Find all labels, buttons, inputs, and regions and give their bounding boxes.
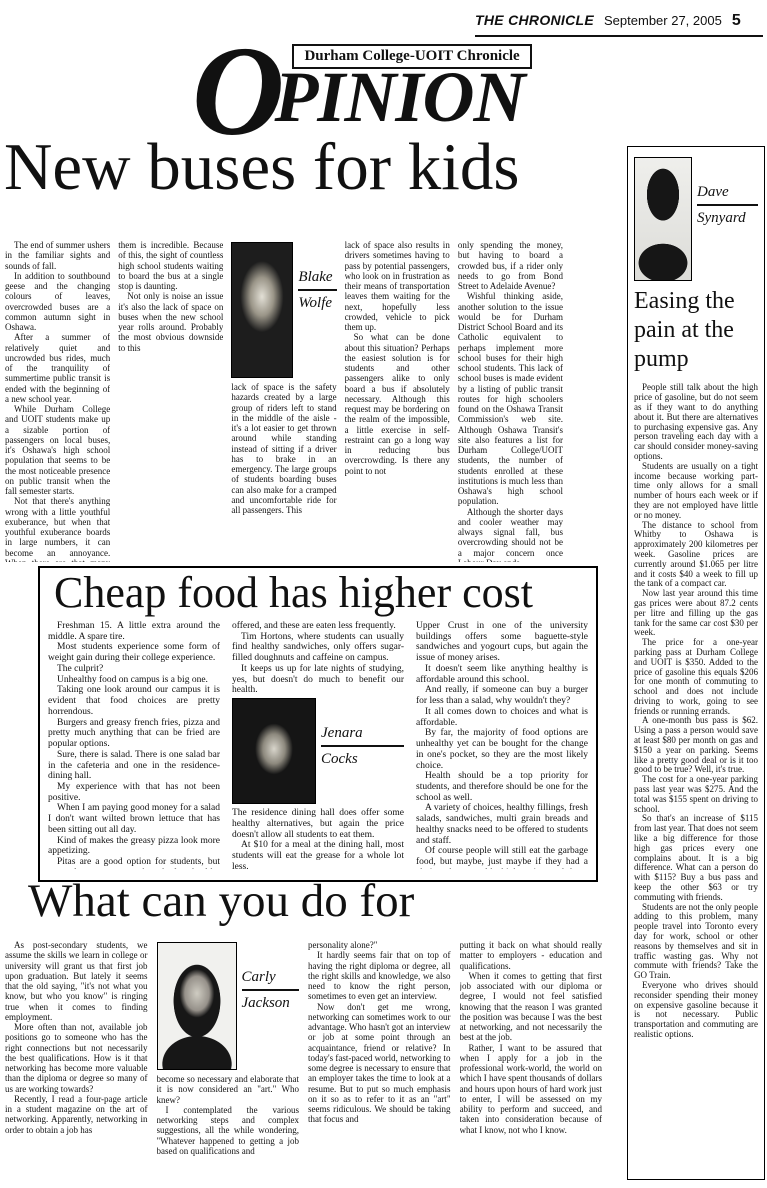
paragraph: The culprit? (48, 664, 220, 675)
paragraph: So what can be done about this situation… (345, 332, 450, 476)
networking-photo-block: Carly Jackson (157, 942, 300, 1070)
paragraph: My experience with that has not been pos… (48, 782, 220, 803)
paragraph: The cost for a one-year parking pass las… (634, 775, 758, 814)
paragraph: become so necessary and elaborate that i… (157, 1074, 300, 1105)
networking-column-2-text: become so necessary and elaborate that i… (157, 1074, 300, 1156)
paragraph: Burgers and greasy french fries, pizza a… (48, 718, 220, 750)
paragraph: Students are usually on a tight income b… (634, 462, 758, 521)
paragraph: So that's an increase of $115 from last … (634, 814, 758, 902)
gas-photo-block: Dave Synyard (634, 157, 758, 281)
section-title-rest: PINION (274, 65, 531, 130)
paragraph: Most students experience some form of we… (48, 642, 220, 663)
paragraph: While Durham College and UOIT students m… (5, 404, 110, 496)
byline-last-name: Synyard (697, 206, 758, 227)
networking-column-3: personality alone?"It hardly seems fair … (308, 940, 451, 1182)
byline-first-name: Carly (242, 968, 300, 991)
paragraph: As post-secondary students, we assume th… (5, 940, 148, 1022)
page-number: 5 (732, 12, 741, 30)
buses-column-5: only spending the money, but having to b… (458, 240, 563, 562)
paragraph: Sure, there is salad. There is one salad… (48, 750, 220, 782)
buses-column-3-text: lack of space is the safety hazards crea… (231, 382, 336, 515)
byline-jenara-cocks: Jenara Cocks (321, 698, 404, 804)
gas-article-text: People still talk about the high price o… (634, 383, 758, 1039)
byline-dave-synyard: Dave Synyard (697, 157, 758, 281)
paragraph: Now last year around this time gas price… (634, 589, 758, 638)
headline-buses-article: New buses for kids (4, 134, 519, 201)
paragraph: Upper Crust in one of the university bui… (416, 621, 588, 664)
byline-first-name: Dave (697, 183, 758, 206)
paragraph: When it comes to getting that first job … (460, 971, 603, 1043)
paragraph: At $10 for a meal at the dining hall, mo… (232, 840, 404, 869)
paragraph: It keeps us up for late nights of studyi… (232, 664, 404, 696)
food-column-2-top-text: offered, and these are eaten less freque… (232, 621, 404, 696)
paragraph: personality alone?" (308, 940, 451, 950)
paragraph: And really, if someone can buy a burger … (416, 685, 588, 706)
issue-date: September 27, 2005 (604, 13, 722, 28)
paragraph: Not that there's anything wrong with a l… (5, 496, 110, 562)
paragraph: Pitas are a good option for students, bu… (48, 857, 220, 869)
paragraph: The residence dining hall does offer som… (232, 808, 404, 840)
networking-column-2: Carly Jackson become so necessary and el… (157, 940, 300, 1182)
byline-last-name: Jackson (242, 991, 300, 1012)
carly-jackson-headshot-photo (157, 942, 237, 1070)
paragraph: offered, and these are eaten less freque… (232, 621, 404, 632)
paragraph: Recently, I read a four-page article in … (5, 1094, 148, 1135)
paragraph: After a summer of relatively quiet and u… (5, 332, 110, 404)
food-column-2-bottom-text: The residence dining hall does offer som… (232, 808, 404, 869)
paragraph: Now don't get me wrong, networking can s… (308, 1002, 451, 1125)
paragraph: Rather, I want to be assured that when I… (460, 1043, 603, 1135)
buses-photo-block: Blake Wolfe (231, 242, 336, 378)
paragraph: Wishful thinking aside, another solution… (458, 291, 563, 506)
paragraph: Tim Hortons, where students can usually … (232, 632, 404, 664)
paragraph: them is incredible. Because of this, the… (118, 240, 223, 291)
byline-last-name: Wolfe (298, 291, 336, 312)
paragraph: Kind of makes the greasy pizza look more… (48, 836, 220, 857)
headline-food-article: Cheap food has higher cost (54, 571, 588, 615)
byline-last-name: Cocks (321, 747, 404, 768)
section-masthead: O Durham College-UOIT Chronicle PINION (192, 40, 532, 142)
paragraph: It hardly seems fair that on top of havi… (308, 950, 451, 1001)
buses-column-1: The end of summer ushers in the familiar… (5, 240, 110, 562)
paragraph: A one-month bus pass is $62. Using a pas… (634, 716, 758, 775)
byline-blake-wolfe: Blake Wolfe (298, 242, 336, 378)
byline-carly-jackson: Carly Jackson (242, 942, 300, 1070)
paragraph: Everyone who drives should reconsider sp… (634, 981, 758, 1040)
page-header: THE CHRONICLE September 27, 2005 5 (475, 12, 763, 37)
paragraph: The price for a one-year parking pass at… (634, 638, 758, 716)
newspaper-page: THE CHRONICLE September 27, 2005 5 O Dur… (0, 0, 767, 1188)
paragraph: putting it back on what should really ma… (460, 940, 603, 971)
paragraph: Freshman 15. A little extra around the m… (48, 621, 220, 642)
paragraph: More often than not, available job posit… (5, 1022, 148, 1094)
blake-wolfe-headshot-photo (231, 242, 293, 378)
paragraph: By far, the majority of food options are… (416, 728, 588, 771)
paragraph: Not only is noise an issue it's also the… (118, 291, 223, 353)
paragraph: The distance to school from Whitby to Os… (634, 521, 758, 590)
paragraph: It doesn't seem like anything healthy is… (416, 664, 588, 685)
jenara-cocks-headshot-photo (232, 698, 316, 804)
food-photo-block: Jenara Cocks (232, 698, 404, 804)
paragraph: Taking one look around our campus it is … (48, 685, 220, 717)
networking-column-1: As post-secondary students, we assume th… (5, 940, 148, 1182)
headline-networking-article: What can you do for (28, 878, 414, 925)
gas-article-sidebar: Dave Synyard Easing the pain at the pump… (627, 146, 765, 1180)
paragraph: A variety of choices, healthy fillings, … (416, 803, 588, 846)
paragraph: Of course people will still eat the garb… (416, 846, 588, 869)
paragraph: People still talk about the high price o… (634, 383, 758, 461)
buses-column-3: Blake Wolfe lack of space is the safety … (231, 240, 336, 562)
food-article-box: Cheap food has higher cost Freshman 15. … (38, 566, 598, 882)
masthead-right: Durham College-UOIT Chronicle PINION (274, 40, 531, 130)
paragraph: lack of space also results in drivers so… (345, 240, 450, 332)
section-title-initial: O (192, 40, 280, 142)
food-column-1: Freshman 15. A little extra around the m… (48, 621, 220, 869)
paragraph: I contemplated the various networking st… (157, 1105, 300, 1156)
buses-column-4: lack of space also results in drivers so… (345, 240, 450, 562)
dave-synyard-headshot-photo (634, 157, 692, 281)
paragraph: Students are not the only people adding … (634, 903, 758, 981)
food-article-body: Freshman 15. A little extra around the m… (48, 621, 588, 869)
networking-article-body: As post-secondary students, we assume th… (5, 940, 602, 1182)
byline-first-name: Jenara (321, 724, 404, 747)
buses-article-body: The end of summer ushers in the familiar… (5, 240, 563, 562)
food-column-3: Upper Crust in one of the university bui… (416, 621, 588, 869)
networking-column-4: putting it back on what should really ma… (460, 940, 603, 1182)
paragraph: When I am paying good money for a salad … (48, 803, 220, 835)
paragraph: Unhealthy food on campus is a big one. (48, 675, 220, 686)
buses-column-2: them is incredible. Because of this, the… (118, 240, 223, 562)
headline-gas-article: Easing the pain at the pump (634, 287, 758, 373)
food-column-2: offered, and these are eaten less freque… (232, 621, 404, 869)
paragraph: lack of space is the safety hazards crea… (231, 382, 336, 515)
publication-name: THE CHRONICLE (475, 12, 594, 28)
byline-first-name: Blake (298, 268, 336, 291)
paragraph: Although the shorter days and cooler wea… (458, 507, 563, 563)
paragraph: It all comes down to choices and what is… (416, 707, 588, 728)
paragraph: The end of summer ushers in the familiar… (5, 240, 110, 271)
paragraph: Health should be a top priority for stud… (416, 771, 588, 803)
paragraph: only spending the money, but having to b… (458, 240, 563, 291)
paragraph: In addition to southbound geese and the … (5, 271, 110, 333)
